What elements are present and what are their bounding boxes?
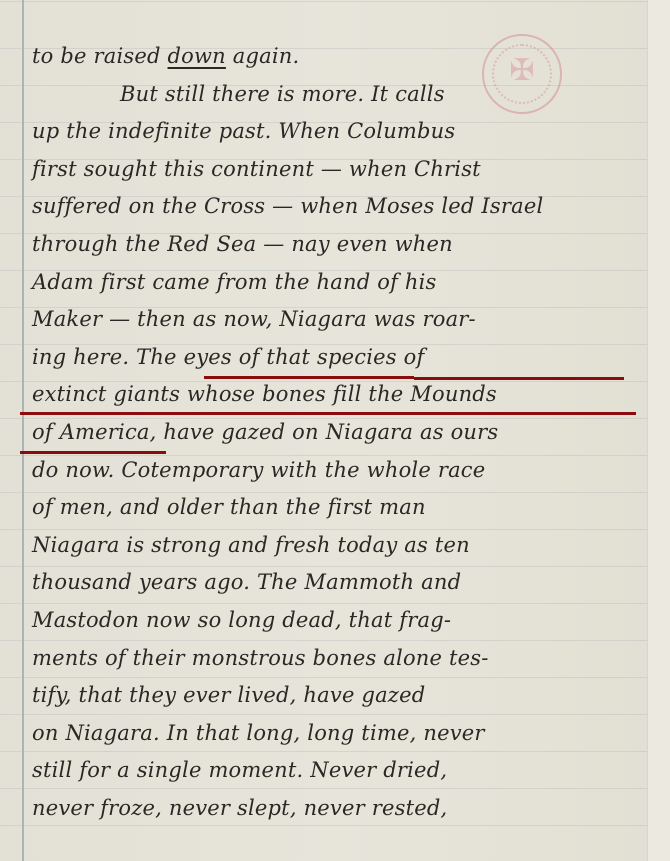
text-line-13: of men, and older than the first man	[32, 489, 634, 527]
text-line-4: first sought this continent — when Chris…	[32, 151, 634, 189]
text-line-18: tify, that they ever lived, have gazed	[32, 677, 634, 715]
line-text: to be raised	[32, 44, 168, 68]
handwritten-text: to be raised down again. But still there…	[32, 38, 634, 827]
underlined-word: down	[168, 44, 226, 68]
text-line-14: Niagara is strong and fresh today as ten	[32, 527, 634, 565]
text-line-8: Maker — then as now, Niagara was roar-	[32, 301, 634, 339]
red-underline-annotation	[204, 376, 414, 379]
left-margin-rule	[22, 0, 24, 861]
text-line-6: through the Red Sea — nay even when	[32, 226, 634, 264]
text-line-11: of America, have gazed on Niagara as our…	[32, 414, 634, 452]
text-line-21: never froze, never slept, never rested,	[32, 790, 634, 828]
text-line-10: extinct giants whose bones fill the Moun…	[32, 376, 634, 414]
text-line-12: do now. Cotemporary with the whole race	[32, 452, 634, 490]
manuscript-page: ✠ to be raised down again. But still the…	[0, 0, 670, 861]
page-edge	[647, 0, 670, 861]
text-line-2: But still there is more. It calls	[32, 76, 634, 114]
text-line-20: still for a single moment. Never dried,	[32, 752, 634, 790]
text-line-16: Mastodon now so long dead, that frag-	[32, 602, 634, 640]
text-line-17: ments of their monstrous bones alone tes…	[32, 640, 634, 678]
text-line-3: up the indefinite past. When Columbus	[32, 113, 634, 151]
red-underline-annotation	[20, 451, 166, 454]
red-underline-annotation	[20, 412, 636, 415]
text-line-15: thousand years ago. The Mammoth and	[32, 564, 634, 602]
text-line-1: to be raised down again.	[32, 38, 634, 76]
red-underline-annotation	[414, 377, 624, 380]
text-line-5: suffered on the Cross — when Moses led I…	[32, 188, 634, 226]
text-line-9: ing here. The eyes of that species of	[32, 339, 634, 377]
line-text: again.	[226, 44, 299, 68]
text-line-7: Adam first came from the hand of his	[32, 264, 634, 302]
text-line-19: on Niagara. In that long, long time, nev…	[32, 715, 634, 753]
